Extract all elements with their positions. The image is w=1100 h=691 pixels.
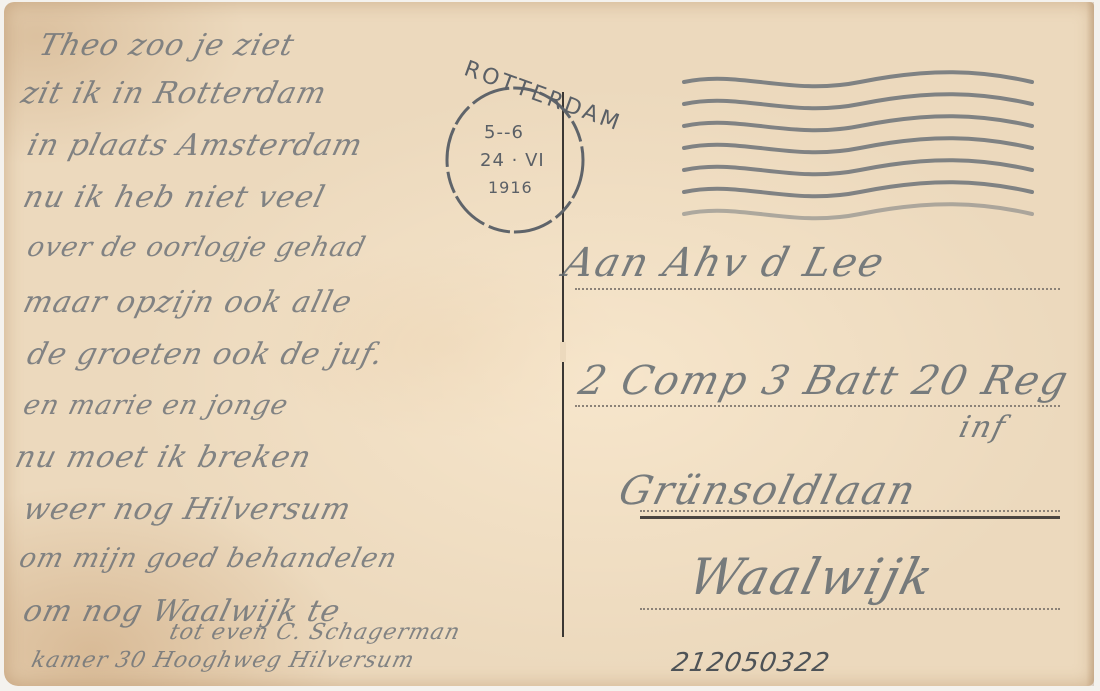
address-line-guide-4 [640, 608, 1060, 610]
postmark: ROTTERDAM 5--6 24 · VI 1916 [440, 78, 590, 238]
address-line-guide-2 [575, 405, 1060, 407]
message-line-9: nu moet ik breken [12, 440, 316, 475]
message-line-11: om mijn goed behandelen [16, 543, 401, 574]
message-line-14: kamer 30 Hooghweg Hilversum [29, 648, 417, 673]
address-underline [640, 516, 1060, 519]
divider-gap [560, 342, 566, 362]
message-line-8: en marie en jonge [20, 390, 292, 421]
address-unit: 2 Comp 3 Batt 20 Reg [574, 358, 1074, 404]
card-edge-shadow [1086, 2, 1094, 686]
message-line-1: Theo zoo je ziet [36, 28, 299, 63]
message-line-2: zit ik in Rotterdam [18, 76, 331, 111]
postmark-time: 5--6 [484, 122, 524, 143]
message-line-7: de groeten ook de juf. [24, 337, 388, 372]
message-line-6: maar opzijn ook alle [20, 285, 356, 320]
postmark-date: 24 · VI [480, 150, 545, 171]
archive-number: 212050322 [669, 648, 832, 678]
wavy-lines-icon [680, 70, 1040, 230]
message-line-13: tot even C. Schagerman [167, 620, 463, 645]
address-city: Waalwijk [683, 548, 941, 606]
address-line-guide-1 [575, 288, 1060, 290]
message-line-5: over de oorlogje gehad [24, 232, 369, 263]
postmark-year: 1916 [488, 178, 533, 197]
message-line-4: nu ik heb niet veel [20, 180, 329, 215]
machine-cancellation [680, 70, 1040, 230]
message-line-10: weer nog Hilversum [20, 492, 355, 527]
address-recipient: Aan Ahv d Lee [559, 240, 890, 286]
message-line-3: in plaats Amsterdam [24, 128, 367, 163]
address-street: Grünsoldlaan [614, 468, 921, 514]
address-unit-suffix: inf [956, 410, 1011, 445]
